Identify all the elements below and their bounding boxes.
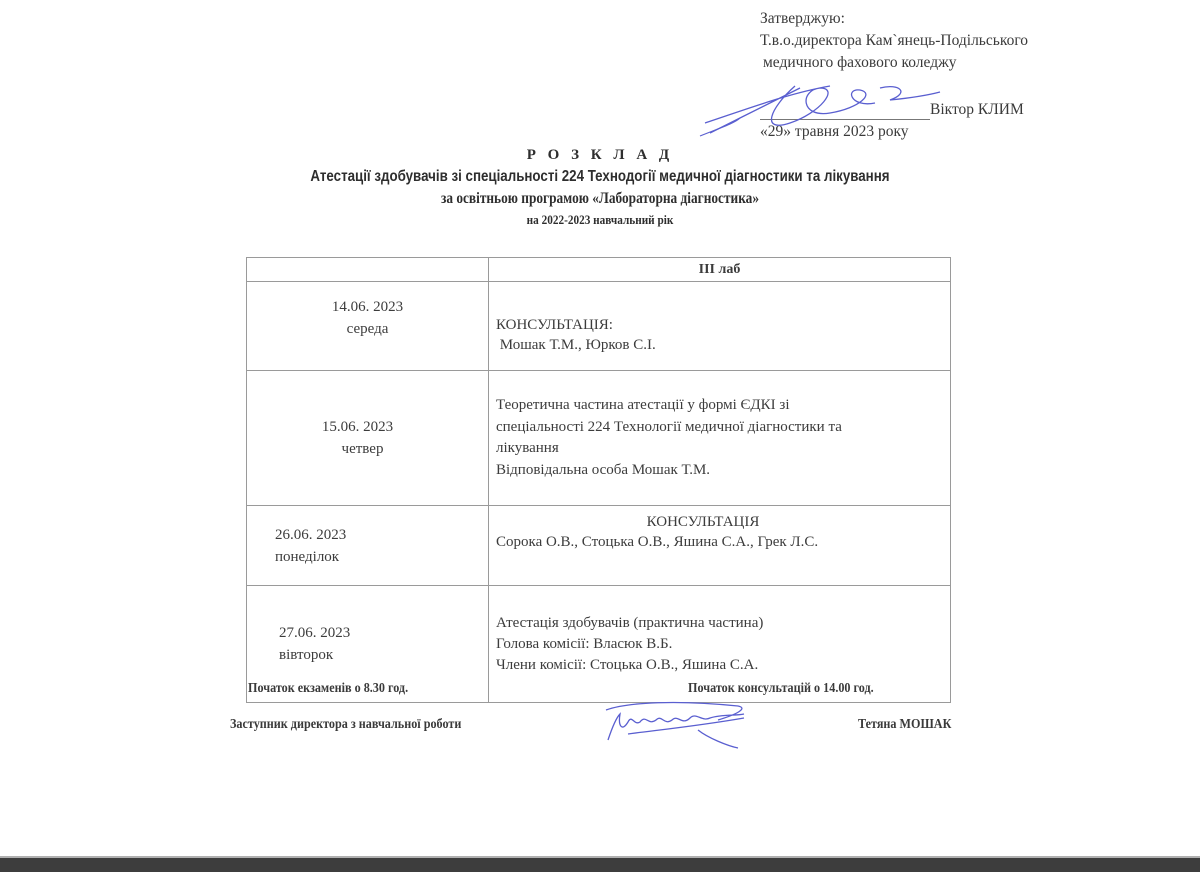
date: 26.06. 2023 xyxy=(275,524,488,546)
deputy-position: Заступник директора з навчальної роботи xyxy=(230,716,461,732)
program-line: за освітньою програмою «Лабораторна діаг… xyxy=(84,190,1116,208)
date-cell: 14.06. 2023 середа xyxy=(247,282,489,371)
content-line: Сорока О.В., Стоцька О.В., Яшина С.А., Г… xyxy=(496,532,950,552)
header-date xyxy=(247,258,489,282)
content-line: спеціальності 224 Технології медичної ді… xyxy=(496,417,950,439)
date: 27.06. 2023 xyxy=(279,622,488,644)
weekday: четвер xyxy=(247,438,488,460)
content-cell: КОНСУЛЬТАЦІЯ Сорока О.В., Стоцька О.В., … xyxy=(489,506,951,586)
date: 15.06. 2023 xyxy=(247,416,488,438)
table-header-row: III лаб xyxy=(247,258,951,282)
table-row: 14.06. 2023 середа КОНСУЛЬТАЦІЯ: Мошак Т… xyxy=(247,282,951,371)
date-cell: 26.06. 2023 понеділок xyxy=(247,506,489,586)
deputy-name: Тетяна МОШАК xyxy=(858,716,951,732)
content-line: Теоретична частина атестації у формі ЄДК… xyxy=(496,395,950,417)
consultation-start-note: Початок консультацій о 14.00 год. xyxy=(688,680,874,696)
table-row: 15.06. 2023 четвер Теоретична частина ат… xyxy=(247,371,951,506)
director-signature-icon xyxy=(700,78,940,140)
content-line: Атестація здобувачів (практична частина) xyxy=(496,613,950,634)
document-subtitle: Атестації здобувачів зі спеціальності 22… xyxy=(84,168,1116,186)
weekday: вівторок xyxy=(279,644,488,666)
content-line: Відповідальна особа Мошак Т.М. xyxy=(496,460,950,482)
content-line: Голова комісії: Власюк В.Б. xyxy=(496,634,950,655)
approver-name: Віктор КЛИМ xyxy=(930,101,1024,119)
header-group: III лаб xyxy=(489,258,951,282)
content-cell: Теоретична частина атестації у формі ЄДК… xyxy=(489,371,951,506)
deputy-signature-icon xyxy=(598,700,748,750)
content-line: Члени комісії: Стоцька О.В., Яшина С.А. xyxy=(496,655,950,676)
content-cell: КОНСУЛЬТАЦІЯ: Мошак Т.М., Юрков С.І. xyxy=(489,282,951,371)
scanner-edge-bar xyxy=(0,856,1200,872)
weekday: понеділок xyxy=(275,546,488,568)
approver-position-line1: Т.в.о.директора Кам`янець-Подільського xyxy=(760,30,1028,52)
date: 14.06. 2023 xyxy=(247,296,488,318)
academic-year: на 2022-2023 навчальний рік xyxy=(60,213,1140,228)
weekday: середа xyxy=(247,318,488,340)
table-row: 26.06. 2023 понеділок КОНСУЛЬТАЦІЯ Сорок… xyxy=(247,506,951,586)
date-cell: 15.06. 2023 четвер xyxy=(247,371,489,506)
exam-start-note: Початок екзаменів о 8.30 год. xyxy=(248,680,408,696)
content-line: КОНСУЛЬТАЦІЯ: xyxy=(496,315,950,335)
approver-position-line2: медичного фахового коледжу xyxy=(760,52,1028,74)
schedule-table: III лаб 14.06. 2023 середа КОНСУЛЬТАЦІЯ:… xyxy=(246,257,951,703)
document-title: Р О З К Л А Д xyxy=(0,147,1200,164)
content-line: лікування xyxy=(496,438,950,460)
approval-block: Затверджую: Т.в.о.директора Кам`янець-По… xyxy=(760,8,1028,74)
content-line: Мошак Т.М., Юрков С.І. xyxy=(496,335,950,355)
content-line: КОНСУЛЬТАЦІЯ xyxy=(496,512,950,532)
approval-heading: Затверджую: xyxy=(760,8,1028,30)
